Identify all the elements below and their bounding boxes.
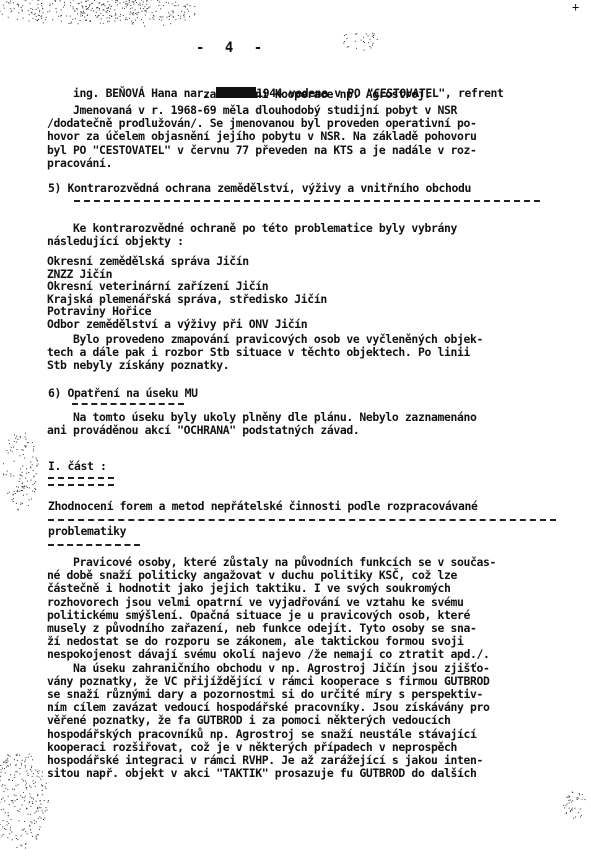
section-5-underline: [74, 200, 540, 202]
paragraph-line: Stb nebyly získány poznatky.: [47, 359, 229, 372]
paragraph-line: rozhovorech jsou velmi opatrní ve vyjadř…: [47, 596, 464, 609]
paragraph-line: pracování.: [47, 157, 112, 170]
section-6-underline: [72, 403, 184, 405]
scanned-document-page: + - 4 - ing. BEŇOVÁ Hana nar. 1944 veden…: [0, 0, 591, 857]
part-1-subheading-1: Zhodnocení forem a metod nepřátelské čin…: [48, 500, 478, 513]
intro-line-2: zahraniční kooperace np. Agrostroj.: [203, 88, 431, 101]
paragraph-line: Na tomto úseku byly ukoly plněny dle plá…: [47, 411, 477, 424]
section-5-heading: 5) Kontrarozvědná ochrana zemědělství, v…: [48, 182, 471, 195]
paragraph-line: politickému smýšlení. Opačná situace je …: [47, 609, 470, 622]
paragraph-line: /dodatečně prodlužován/. Se jmenovanou b…: [47, 117, 477, 130]
object-list-item: Odbor zemědělství a výživy při ONV Jičín: [47, 318, 307, 331]
part-1-subheading-underline-1: [48, 519, 556, 521]
paragraph-line: né době snaží politicky angažovat v duch…: [47, 569, 457, 582]
paragraph-line: částečně i hodnotit jako jejich taktiku.…: [47, 582, 450, 595]
paragraph-line: vány poznatky, že VC přijíždějící v rámc…: [47, 675, 490, 688]
paragraph-line: hospodářské integraci v rámci RVHP. Je a…: [47, 754, 483, 767]
paragraph-line: ním cílem zavázat vedoucí hospodářské pr…: [47, 701, 490, 714]
part-1-heading: I. část :: [48, 460, 107, 473]
paragraph-line: Ke kontrarozvědné ochraně po této proble…: [47, 222, 457, 235]
paragraph-line: Jmenovaná v r. 1968-69 měla dlouhodobý s…: [47, 104, 457, 117]
corner-mark: +: [572, 0, 579, 14]
paragraph-line: tech a dále pak i rozbor Stb situace v t…: [47, 346, 470, 359]
part-1-subheading-2: problematiky: [48, 525, 126, 538]
paragraph-line: Bylo provedeno zmapování pravicových oso…: [47, 333, 483, 346]
paragraph-line: musely z původního zařazení, neb funkce …: [47, 622, 477, 635]
section-6-heading: 6) Opatření na úseku MU: [48, 387, 198, 400]
paragraph-line: nespokojenost dávají svému okolí najevo …: [47, 648, 490, 661]
paragraph-line: věřené poznatky, že fa GUTBROD i za pomo…: [47, 714, 450, 727]
part-1-underline-2: [48, 484, 114, 486]
part-1-underline-1: [48, 477, 114, 479]
paragraph-line: hovor za účelem objasnění jejího pobytu …: [47, 130, 477, 143]
paragraph-line: Na úseku zahraničního obchodu v np. Agro…: [47, 662, 490, 675]
part-1-subheading-underline-2: [48, 544, 140, 546]
paragraph-line: byl PO "CESTOVATEL" v červnu 77 převeden…: [47, 144, 477, 157]
page-number: - 4 -: [196, 40, 268, 56]
paragraph-line: ani prováděnou akcí "OCHRANA" podstatnýc…: [47, 424, 359, 437]
paragraph-line: následující objekty :: [47, 235, 184, 248]
paragraph-line: sitou např. objekt v akci "TAKTIK" prosa…: [47, 767, 477, 780]
paragraph-line: se snaží různými dary a pozornostmi si d…: [47, 688, 483, 701]
paragraph-line: kooperaci rozšiřovat, což je v některých…: [47, 741, 457, 754]
paragraph-line: ží nedostat se do rozporu se zákonem, al…: [47, 635, 464, 648]
paragraph-line: hospodářských pracovníků np. Agrostroj s…: [47, 728, 477, 741]
